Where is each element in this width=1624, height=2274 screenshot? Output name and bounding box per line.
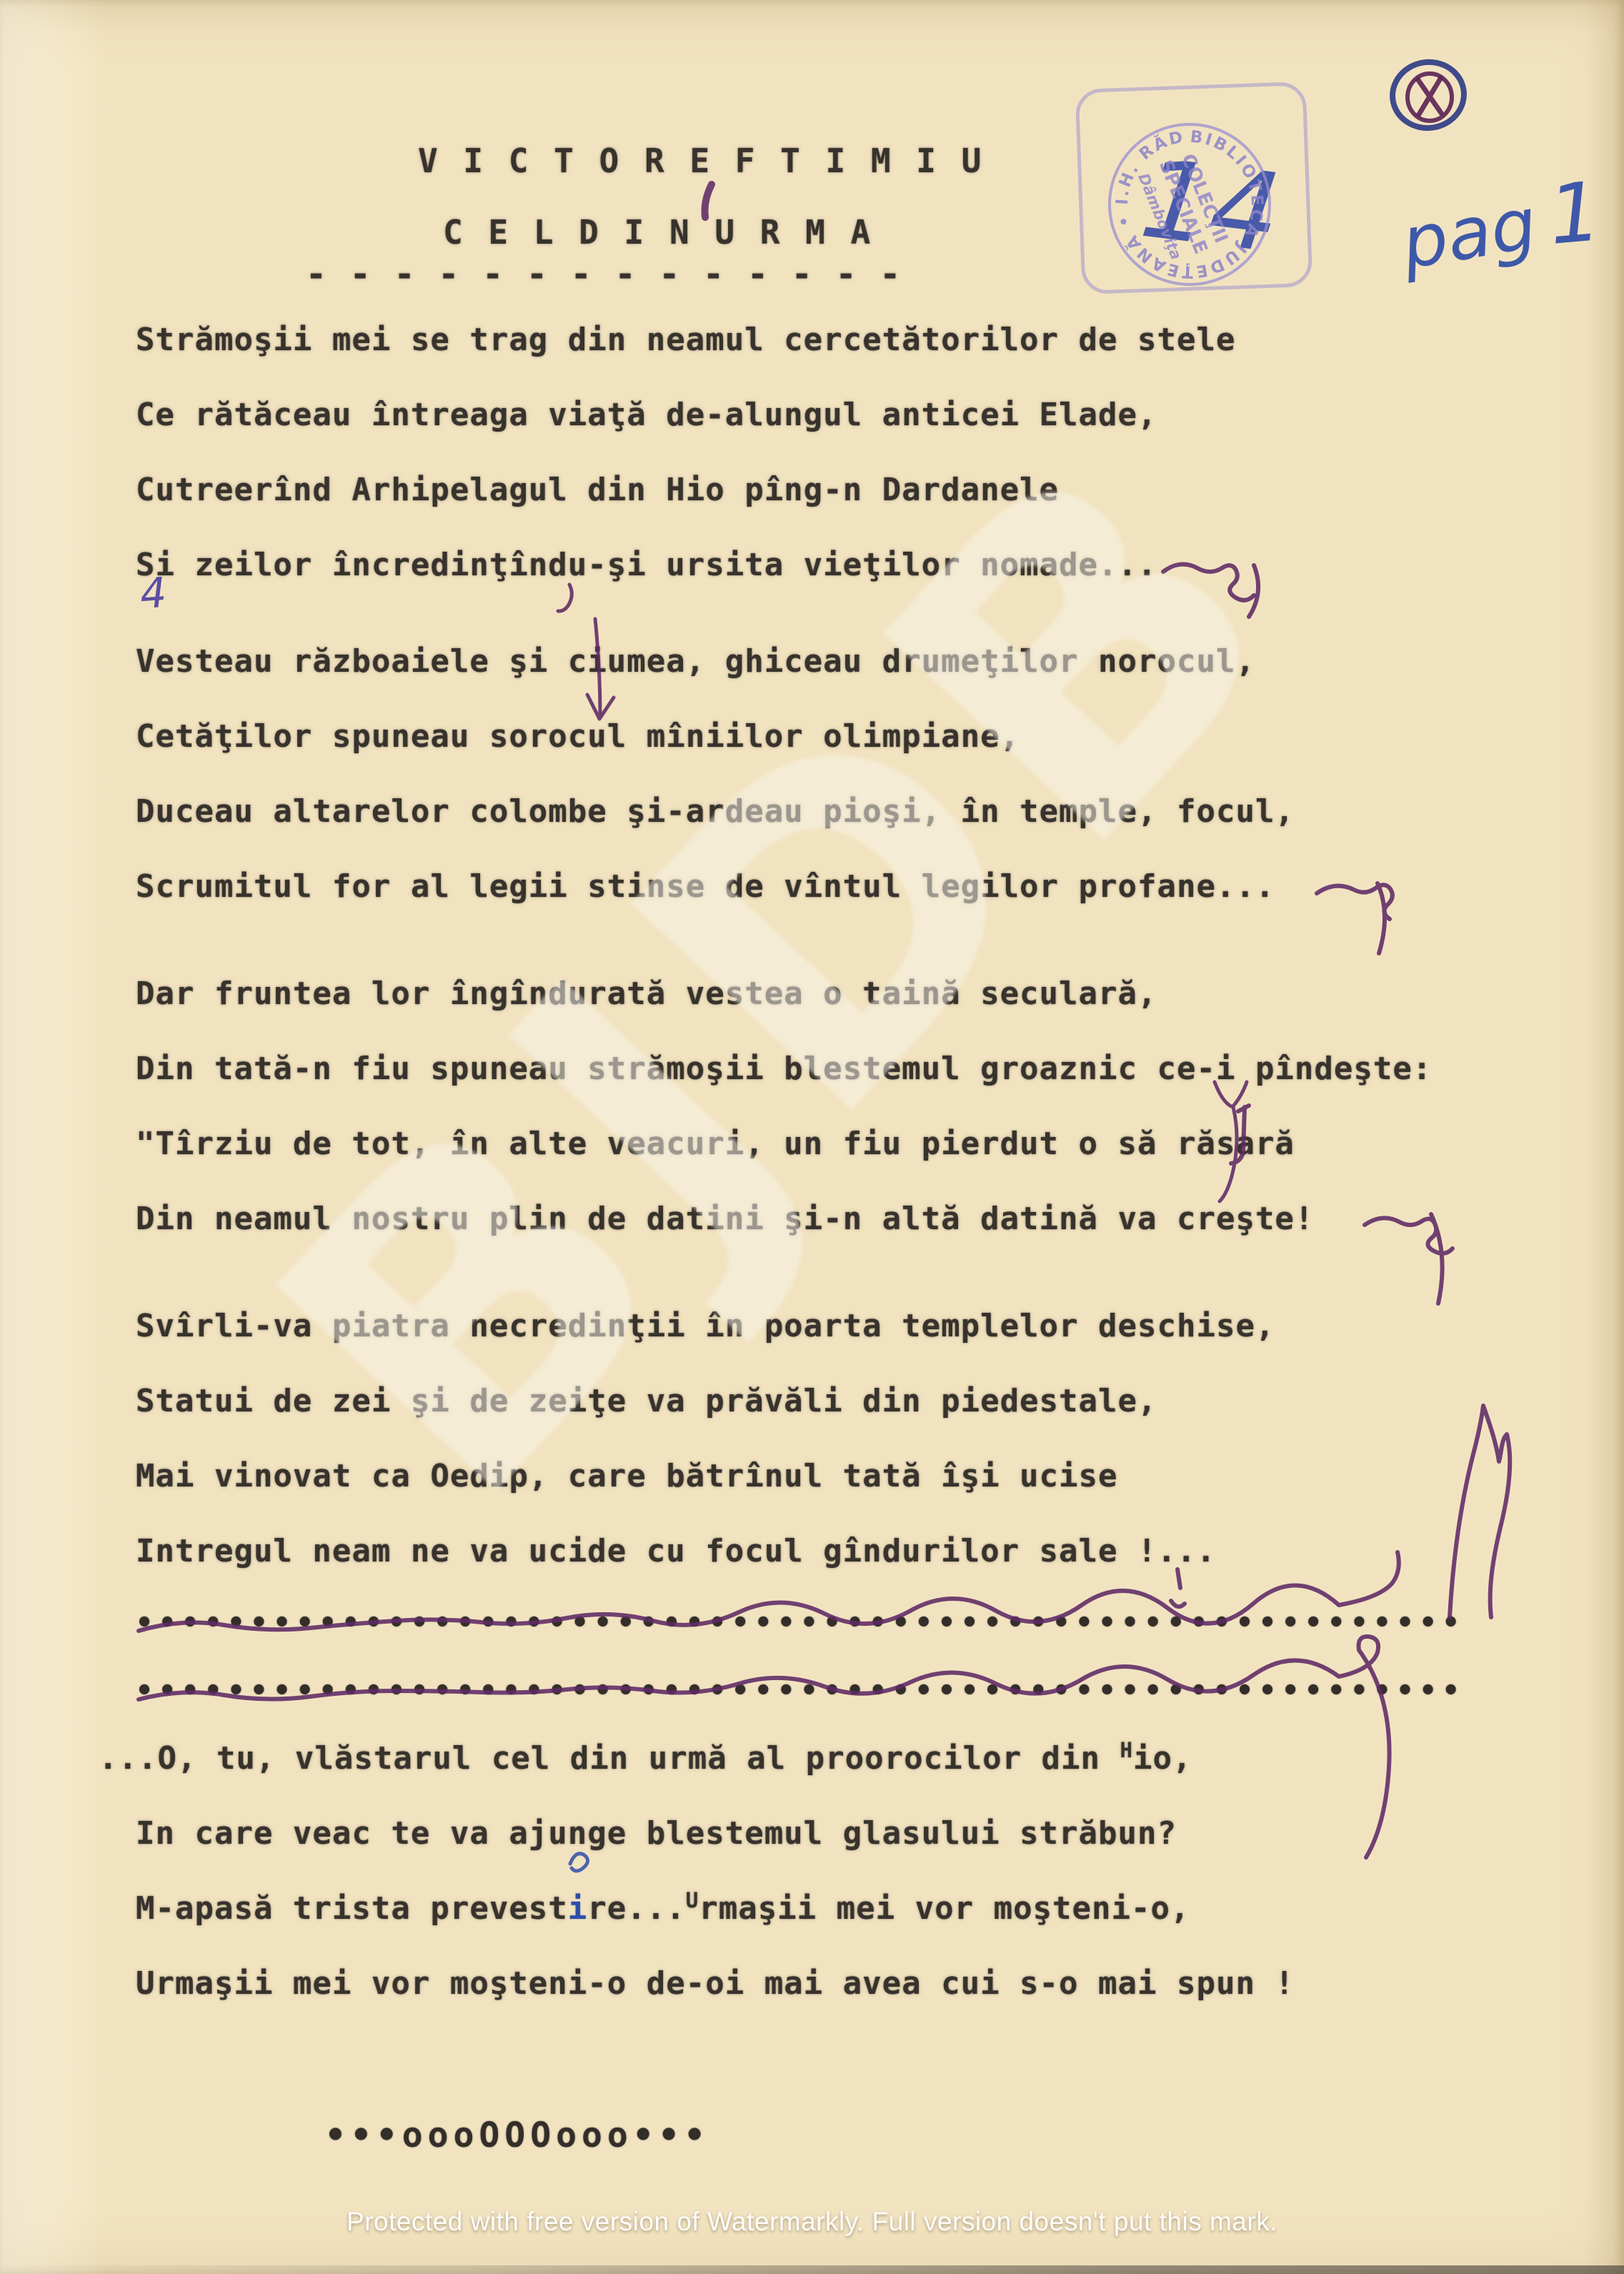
handwritten-number-14: 14 xyxy=(1135,135,1287,277)
poem-line-text: M-apasă trista prevest xyxy=(136,1890,568,1927)
poem-line-text: rmaşii mei vor moşteni-o, xyxy=(699,1890,1190,1927)
poem-line: Ce rătăceau întreaga viaţă de-alungul an… xyxy=(136,397,1235,472)
circled-x-mark xyxy=(1388,57,1468,132)
flourish-line8 xyxy=(1317,885,1393,919)
poem-line: Cutreerînd Arhipelagul din Hio pîng-n Da… xyxy=(136,472,1235,547)
poem-line: Statui de zei şi de zeiţe va prăvăli din… xyxy=(136,1383,1275,1458)
poem-line: Cetăţilor spuneau sorocul mîniilor olimp… xyxy=(136,718,1295,793)
poem-line: Svîrli-va piatra necredinţii în poarta t… xyxy=(136,1308,1275,1383)
superscript-letter: H xyxy=(1120,1738,1133,1762)
handwritten-pag-label: pag xyxy=(1396,182,1542,285)
poem-line-text: re... xyxy=(587,1890,685,1927)
flourish-line12-tail xyxy=(1431,1214,1443,1304)
blue-ink-correction: i xyxy=(568,1890,588,1927)
poem-line: Dar fruntea lor îngîndurată vestea o tai… xyxy=(136,975,1432,1051)
poem-stanza-3: Dar fruntea lor îngîndurată vestea o tai… xyxy=(136,975,1432,1276)
poem-line: Duceau altarelor colombe şi-ardeau pioşi… xyxy=(136,793,1295,868)
poem-line: Si zeilor încredinţîndu-şi ursita vieţil… xyxy=(136,547,1235,622)
poem-stanza-4: Svîrli-va piatra necredinţii în poarta t… xyxy=(136,1308,1275,1608)
large-right-flourish xyxy=(1450,1406,1510,1617)
poem-line: Din neamul nostru plin de datini şi-n al… xyxy=(136,1201,1432,1276)
leading-dots: ... xyxy=(99,1740,157,1777)
poem-stanza-2: Vesteau războaiele şi ciumea, ghiceau dr… xyxy=(136,643,1295,943)
superscript-letter: U xyxy=(686,1888,699,1912)
scan-edge xyxy=(0,2265,1624,2274)
poem-stanza-5: ...O, tu, vlăstarul cel din urmă al proo… xyxy=(136,1740,1295,2040)
poem-line: Mai vinovat ca Oedip, care bătrînul tată… xyxy=(136,1458,1275,1533)
poem-line: ...O, tu, vlăstarul cel din urmă al proo… xyxy=(136,1740,1295,1815)
poem-line-text: O, tu, vlăstarul cel din urmă al prooroc… xyxy=(157,1740,1120,1777)
poem-line: Din tată-n fiu spuneau strămoşii blestem… xyxy=(136,1051,1432,1126)
handwritten-page-number: 1 xyxy=(1545,164,1605,263)
end-ornament: •••oooOOOooo••• xyxy=(325,2115,709,2155)
poem-line: M-apasă trista prevestire...Urmaşii mei … xyxy=(136,1890,1295,1965)
poem-line: Intregul neam ne va ucide cu focul gîndu… xyxy=(136,1533,1275,1608)
poem-line: Strămoşii mei se trag din neamul cercetă… xyxy=(136,322,1235,397)
poem-line: Urmaşii mei vor moşteni-o de-oi mai avea… xyxy=(136,1965,1295,2040)
poem-line: Scrumitul for al legii stinse de vîntul … xyxy=(136,868,1295,943)
poem-stanza-1: Strămoşii mei se trag din neamul cercetă… xyxy=(136,322,1235,622)
manuscript-page: V I C T O R E F T I M I U C E L D I N U … xyxy=(0,0,1624,2274)
flourish-line4-tail xyxy=(1249,565,1258,617)
flourish-line8-tail xyxy=(1378,883,1385,953)
title-underline: - - - - - - - - - - - - - - xyxy=(306,254,902,294)
poem-line: In care veac te va ajunge blestemul glas… xyxy=(136,1815,1295,1890)
dotted-separator: ••••••••••••••••••••••••••••••••••••••••… xyxy=(136,1674,1465,1707)
poem-title: C E L D I N U R M A xyxy=(443,213,873,252)
poem-line: Vesteau războaiele şi ciumea, ghiceau dr… xyxy=(136,643,1295,718)
poem-line: "Tîrziu de tot, în alte veacuri, un fiu … xyxy=(136,1126,1432,1201)
dotted-separator: ••••••••••••••••••••••••••••••••••••••••… xyxy=(136,1607,1465,1639)
page-title: V I C T O R E F T I M I U xyxy=(418,141,984,180)
handwritten-margin-number: 4 xyxy=(139,568,169,618)
poem-line-text: io, xyxy=(1133,1740,1192,1777)
watermark-notice: Protected with free version of Watermark… xyxy=(0,2207,1624,2237)
